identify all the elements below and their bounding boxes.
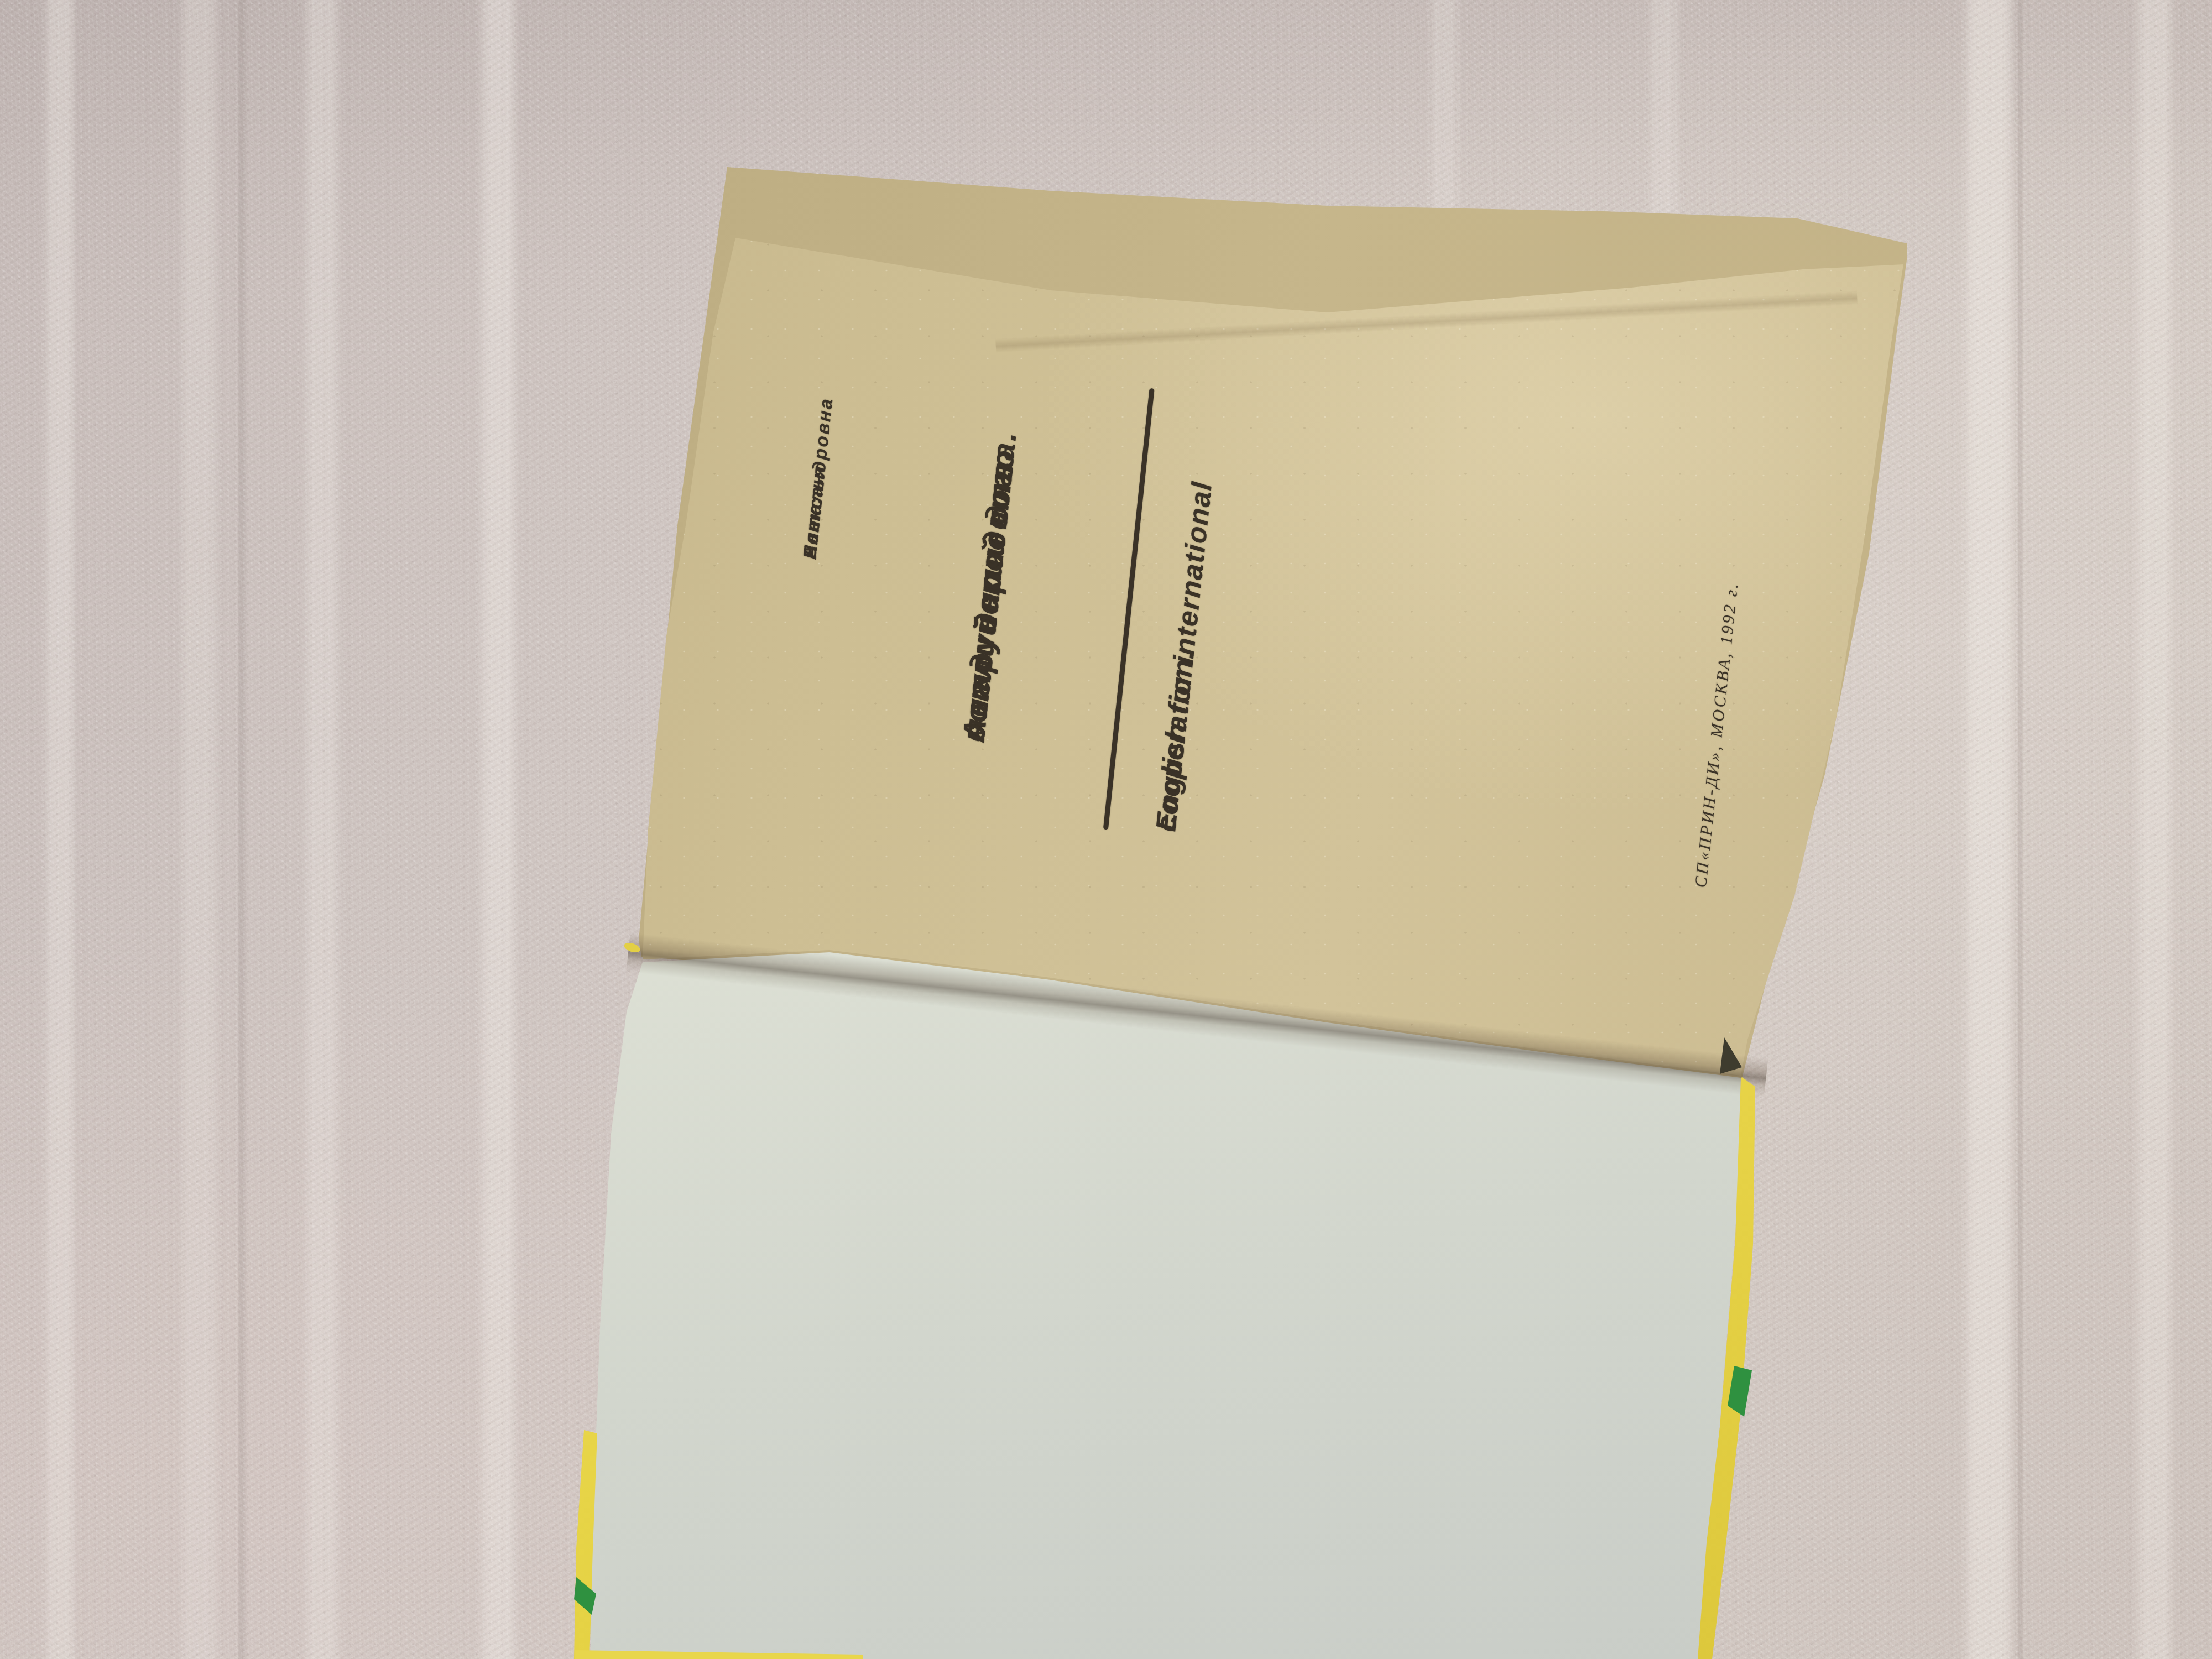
title-ru-line-3: сотрудничества. <box>948 427 1031 744</box>
title-en-line-2: cooperation. <box>1137 647 1213 834</box>
title-page-text: Наталья Александровна Бонк Английский дл… <box>719 291 1778 1056</box>
book-title-russian: Английский для международного сотрудниче… <box>948 387 985 739</box>
author-name: Наталья Александровна Бонк <box>789 326 813 557</box>
photo-scene: Наталья Александровна Бонк Английский дл… <box>0 0 2212 1659</box>
author-line-3: Бонк <box>789 506 836 561</box>
